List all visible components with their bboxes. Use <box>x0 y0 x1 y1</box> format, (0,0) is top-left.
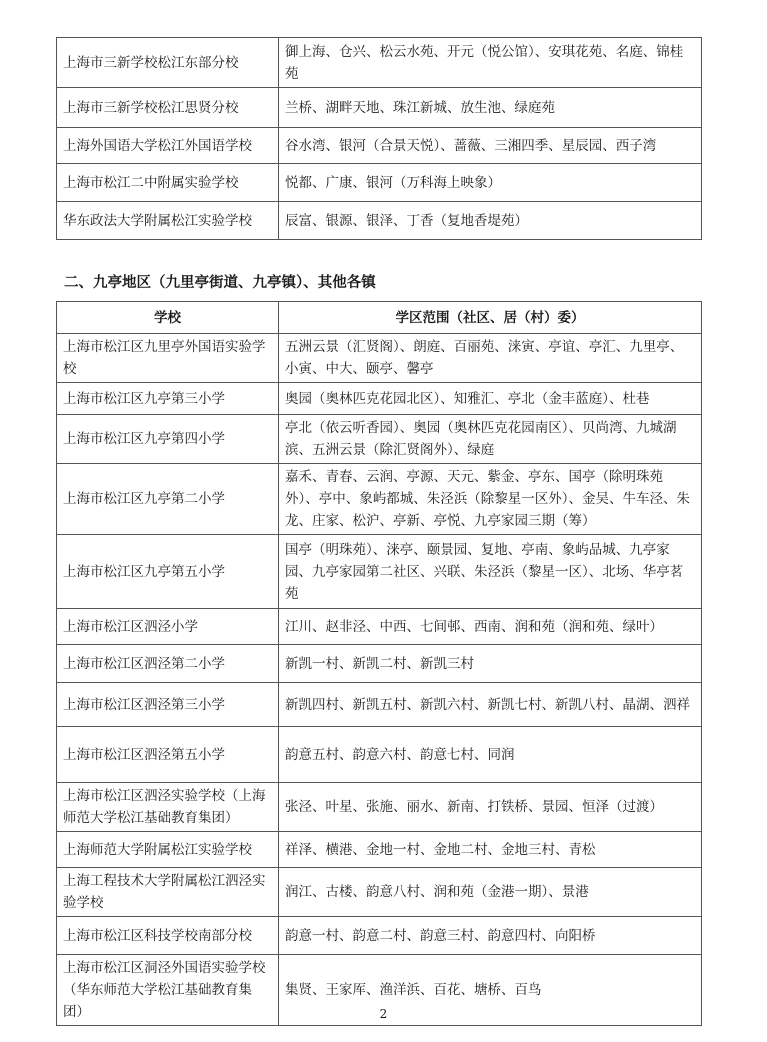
table-row: 上海市松江区泗泾第二小学新凯一村、新凯二村、新凯三村 <box>57 645 702 683</box>
district-range-cell: 御上海、仓兴、松云水苑、开元（悦公馆）、安琪花苑、名庭、锦桂苑 <box>279 38 702 88</box>
school-name-cell: 上海外国语大学松江外国语学校 <box>57 128 279 164</box>
school-name-cell: 上海市三新学校松江东部分校 <box>57 38 279 88</box>
table-row: 上海市三新学校松江东部分校御上海、仓兴、松云水苑、开元（悦公馆）、安琪花苑、名庭… <box>57 38 702 88</box>
school-name-cell: 上海市松江区科技学校南部分校 <box>57 917 279 955</box>
district-range-cell: 祥泽、横港、金地一村、金地二村、金地三村、青松 <box>279 832 702 868</box>
district-range-cell: 国亭（明珠苑）、涞亭、颐景园、复地、亭南、象屿品城、九亭家园、九亭家园第二社区、… <box>279 535 702 609</box>
table-row: 上海市松江区泗泾第五小学韵意五村、韵意六村、韵意七村、同润 <box>57 727 702 783</box>
school-name-cell: 上海市松江区泗泾第五小学 <box>57 727 279 783</box>
header-district-range: 学区范围（社区、居（村）委） <box>279 302 702 334</box>
school-name-cell: 上海市松江区九亭第五小学 <box>57 535 279 609</box>
table-row: 上海师范大学附属松江实验学校祥泽、横港、金地一村、金地二村、金地三村、青松 <box>57 832 702 868</box>
district-range-cell: 江川、赵非泾、中西、七间邨、西南、润和苑（润和苑、绿叶） <box>279 609 702 645</box>
table-row: 上海市松江区九亭第三小学奥园（奥林匹克花园北区）、知雅汇、亭北（金丰蓝庭）、杜巷 <box>57 383 702 415</box>
table-row: 上海市松江区泗泾实验学校（上海师范大学松江基础教育集团）张泾、叶星、张施、丽水、… <box>57 783 702 832</box>
district-range-cell: 新凯四村、新凯五村、新凯六村、新凯七村、新凯八村、晶湖、泗祥 <box>279 683 702 727</box>
district-range-cell: 兰桥、湖畔天地、珠江新城、放生池、绿庭苑 <box>279 88 702 128</box>
table-row: 上海市松江区九里亭外国语实验学校五洲云景（汇贤阁）、朗庭、百丽苑、涞寅、亭谊、亭… <box>57 334 702 383</box>
district-range-cell: 张泾、叶星、张施、丽水、新南、打铁桥、景园、恒泽（过渡） <box>279 783 702 832</box>
district-range-cell: 韵意五村、韵意六村、韵意七村、同润 <box>279 727 702 783</box>
page-number: 2 <box>0 1007 767 1021</box>
table-row: 上海工程技术大学附属松江泗泾实验学校润江、古楼、韵意八村、润和苑（金港一期）、景… <box>57 868 702 917</box>
table-row: 上海市三新学校松江思贤分校兰桥、湖畔天地、珠江新城、放生池、绿庭苑 <box>57 88 702 128</box>
school-name-cell: 上海市松江区九亭第四小学 <box>57 415 279 464</box>
district-range-cell: 五洲云景（汇贤阁）、朗庭、百丽苑、涞寅、亭谊、亭汇、九里亭、小寅、中大、颐亭、馨… <box>279 334 702 383</box>
table-row: 上海市松江二中附属实验学校悦都、广康、银河（万科海上映象） <box>57 164 702 202</box>
district-range-cell: 韵意一村、韵意二村、韵意三村、韵意四村、向阳桥 <box>279 917 702 955</box>
school-name-cell: 上海工程技术大学附属松江泗泾实验学校 <box>57 868 279 917</box>
school-name-cell: 上海市松江区九亭第二小学 <box>57 464 279 535</box>
school-name-cell: 上海市松江区九亭第三小学 <box>57 383 279 415</box>
school-district-table-2: 学校 学区范围（社区、居（村）委） 上海市松江区九里亭外国语实验学校五洲云景（汇… <box>56 301 702 1026</box>
district-range-cell: 奥园（奥林匹克花园北区）、知雅汇、亭北（金丰蓝庭）、杜巷 <box>279 383 702 415</box>
table-row: 上海市松江区九亭第四小学亭北（依云听香园）、奥园（奥林匹克花园南区）、贝尚湾、九… <box>57 415 702 464</box>
school-name-cell: 上海市松江区泗泾小学 <box>57 609 279 645</box>
school-name-cell: 上海市松江区泗泾第三小学 <box>57 683 279 727</box>
school-name-cell: 上海市松江区泗泾第二小学 <box>57 645 279 683</box>
district-range-cell: 润江、古楼、韵意八村、润和苑（金港一期）、景港 <box>279 868 702 917</box>
section-heading: 二、九亭地区（九里亭街道、九亭镇）、其他各镇 <box>64 271 376 292</box>
school-name-cell: 上海市三新学校松江思贤分校 <box>57 88 279 128</box>
school-district-table-1: 上海市三新学校松江东部分校御上海、仓兴、松云水苑、开元（悦公馆）、安琪花苑、名庭… <box>56 37 702 240</box>
school-name-cell: 上海市松江区九里亭外国语实验学校 <box>57 334 279 383</box>
district-range-cell: 悦都、广康、银河（万科海上映象） <box>279 164 702 202</box>
district-range-cell: 嘉禾、青春、云润、亭源、天元、紫金、亭东、国亭（除明珠苑外）、亭中、象屿都城、朱… <box>279 464 702 535</box>
district-range-cell: 亭北（依云听香园）、奥园（奥林匹克花园南区）、贝尚湾、九城湖滨、五洲云景（除汇贤… <box>279 415 702 464</box>
table-row: 上海市松江区九亭第二小学嘉禾、青春、云润、亭源、天元、紫金、亭东、国亭（除明珠苑… <box>57 464 702 535</box>
table-header-row: 学校 学区范围（社区、居（村）委） <box>57 302 702 334</box>
school-name-cell: 华东政法大学附属松江实验学校 <box>57 202 279 240</box>
table-row: 上海外国语大学松江外国语学校谷水湾、银河（合景天悦）、蔷薇、三湘四季、星辰园、西… <box>57 128 702 164</box>
table-row: 华东政法大学附属松江实验学校辰富、银源、银泽、丁香（复地香堤苑） <box>57 202 702 240</box>
table-row: 上海市松江区泗泾小学江川、赵非泾、中西、七间邨、西南、润和苑（润和苑、绿叶） <box>57 609 702 645</box>
school-name-cell: 上海市松江区泗泾实验学校（上海师范大学松江基础教育集团） <box>57 783 279 832</box>
school-name-cell: 上海市松江二中附属实验学校 <box>57 164 279 202</box>
table-row: 上海市松江区科技学校南部分校韵意一村、韵意二村、韵意三村、韵意四村、向阳桥 <box>57 917 702 955</box>
table-row: 上海市松江区九亭第五小学国亭（明珠苑）、涞亭、颐景园、复地、亭南、象屿品城、九亭… <box>57 535 702 609</box>
district-range-cell: 新凯一村、新凯二村、新凯三村 <box>279 645 702 683</box>
district-range-cell: 辰富、银源、银泽、丁香（复地香堤苑） <box>279 202 702 240</box>
table-row: 上海市松江区泗泾第三小学新凯四村、新凯五村、新凯六村、新凯七村、新凯八村、晶湖、… <box>57 683 702 727</box>
school-name-cell: 上海师范大学附属松江实验学校 <box>57 832 279 868</box>
district-range-cell: 谷水湾、银河（合景天悦）、蔷薇、三湘四季、星辰园、西子湾 <box>279 128 702 164</box>
header-school: 学校 <box>57 302 279 334</box>
